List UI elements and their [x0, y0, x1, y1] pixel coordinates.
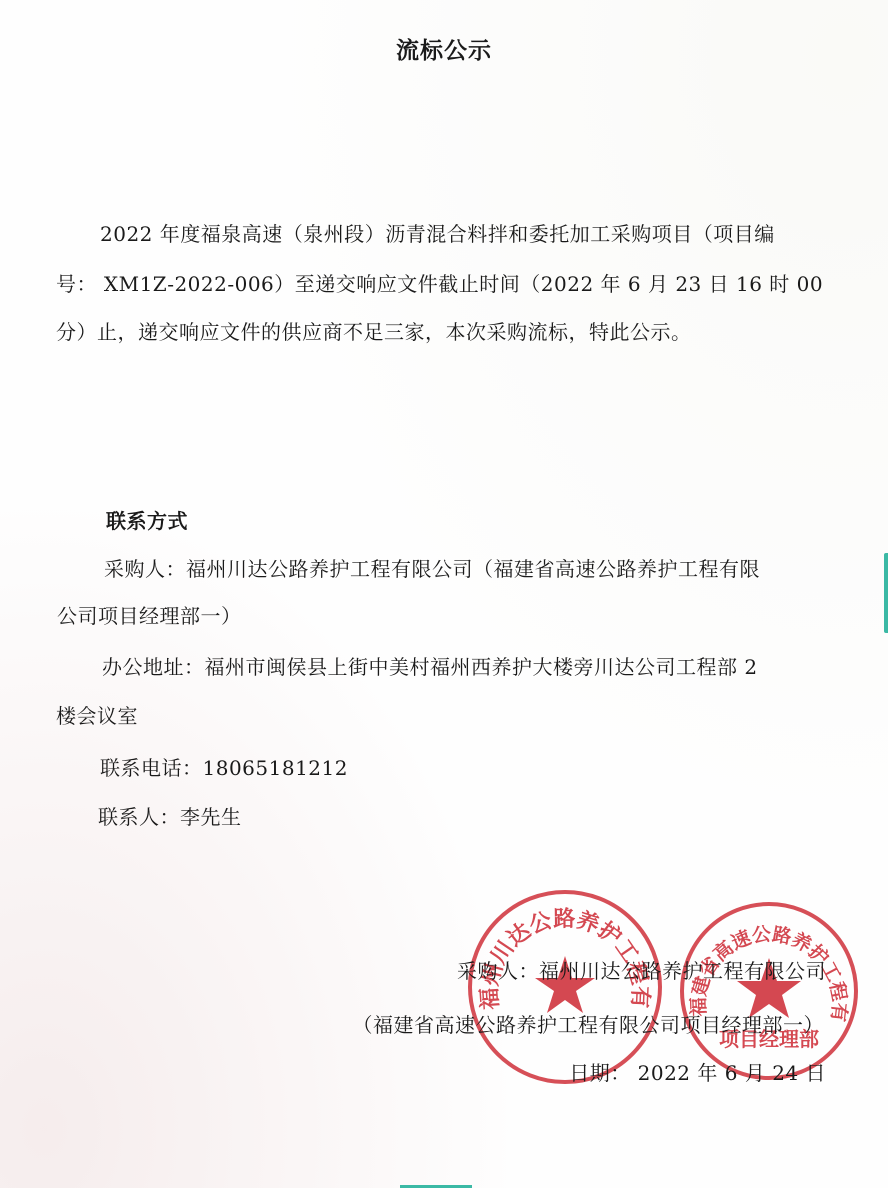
contact-phone-line: 联系电话：18065181212 — [100, 752, 348, 781]
contact-address-line: 办公地址：福州市闽侯县上街中美村福州西养护大楼旁川达公司工程部 2 — [102, 651, 758, 680]
body-line-1: 2022 年度福泉高速（泉州段）沥青混合料拌和委托加工采购项目（项目编 — [100, 218, 775, 247]
contact-address-line-cont: 楼会议室 — [56, 700, 138, 729]
department-seal-stamp: 福建省高速公路养护工程有限公司 项目经理部 — [680, 902, 858, 1080]
side-scroll-tab[interactable] — [884, 553, 888, 633]
contact-heading: 联系方式 — [106, 505, 188, 534]
signature-department: （福建省高速公路养护工程有限公司项目经理部一） — [353, 1009, 825, 1038]
company-seal-icon: 福州川达公路养护工程有限公司 — [472, 894, 658, 1080]
contact-purchaser-line-cont: 公司项目经理部一） — [57, 600, 242, 629]
document-title: 流标公示 — [0, 32, 888, 65]
department-seal-icon: 福建省高速公路养护工程有限公司 项目经理部 — [684, 906, 854, 1076]
signature-purchaser: 采购人：福州川达公路养护工程有限公司 — [457, 955, 826, 984]
body-line-2: 号： XM1Z-2022-006）至递交响应文件截止时间（2022 年 6 月 … — [56, 268, 823, 297]
company-seal-stamp: 福州川达公路养护工程有限公司 — [468, 890, 662, 1084]
body-line-3: 分）止，递交响应文件的供应商不足三家，本次采购流标，特此公示。 — [56, 316, 692, 345]
contact-purchaser-line: 采购人：福州川达公路养护工程有限公司（福建省高速公路养护工程有限 — [104, 553, 760, 582]
contact-person-line: 联系人：李先生 — [98, 801, 242, 830]
signature-date: 日期： 2022 年 6 月 24 日 — [569, 1057, 826, 1086]
